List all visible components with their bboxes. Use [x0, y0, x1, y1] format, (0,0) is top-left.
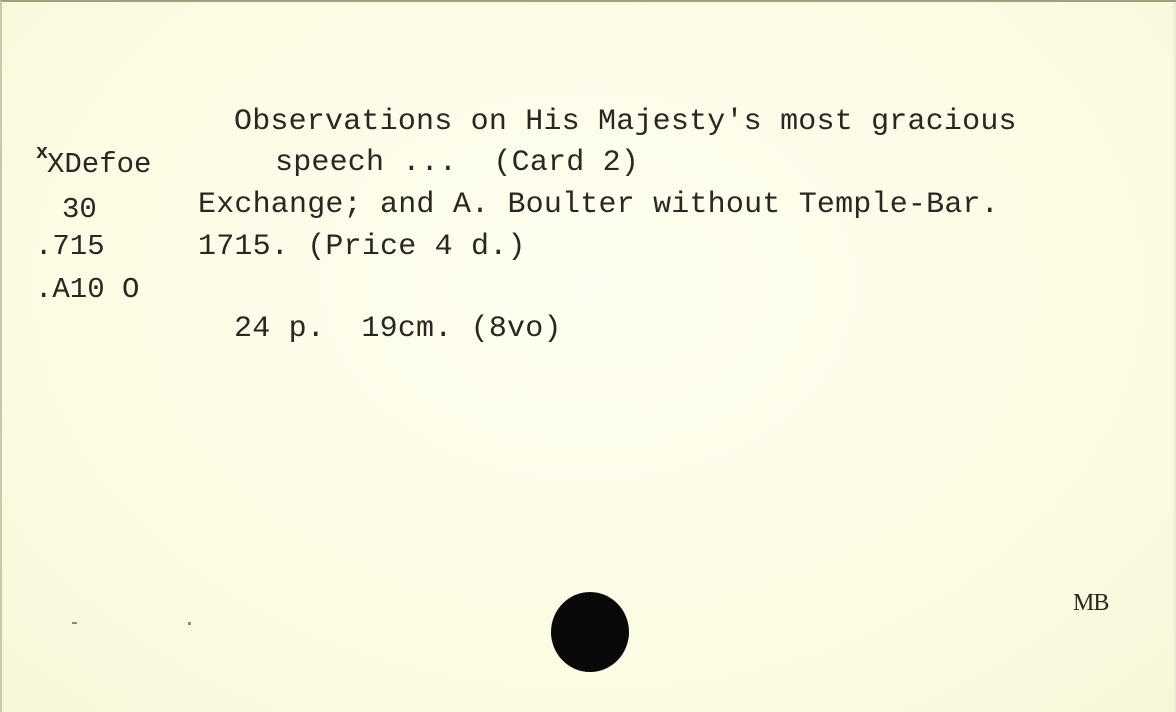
- collation: 24 p. 19cm. (8vo): [234, 314, 562, 344]
- card-edge: [1172, 2, 1176, 712]
- catalog-card: x XDefoe 30 .715 .A10 O Observations on …: [0, 0, 1176, 712]
- imprint-line-1: Exchange; and A. Boulter without Temple-…: [198, 190, 999, 220]
- call-number-line-3: .715: [35, 232, 105, 261]
- paper-speck: [72, 622, 77, 624]
- call-number-line-1: XDefoe: [47, 150, 151, 179]
- imprint-line-2: 1715. (Price 4 d.): [198, 232, 526, 262]
- cataloger-initials: MB: [1073, 591, 1108, 615]
- call-number-line-2: 30: [62, 195, 97, 224]
- title-line-2: speech ... (Card 2): [275, 148, 639, 178]
- title-line-1: Observations on His Majesty's most graci…: [234, 107, 1017, 137]
- punch-hole: [551, 592, 629, 672]
- call-number-line-4: .A10 O: [35, 275, 139, 304]
- paper-speck: [188, 622, 191, 625]
